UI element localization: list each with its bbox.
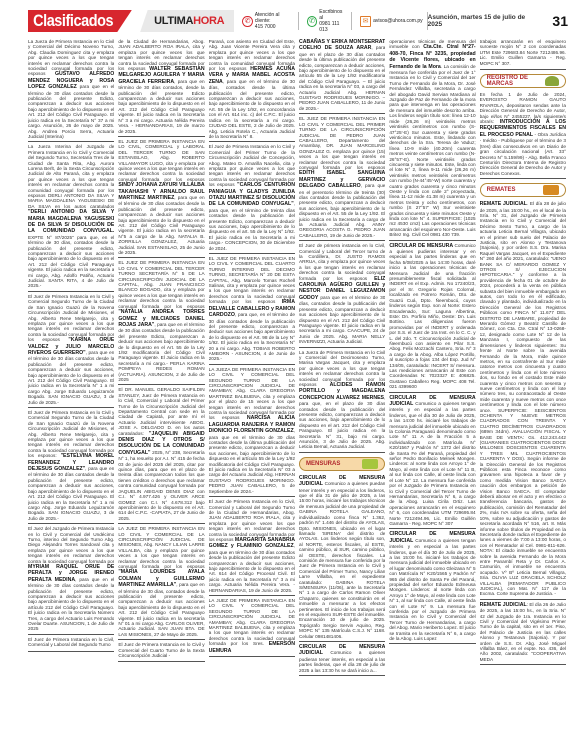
notice-text: , para que, en el término de 30 días con… (209, 312, 295, 361)
notice-highlight: REMATE JUDICIAL (480, 201, 527, 207)
classified-notice: trabajos arrancarán en el esquinero suro… (480, 38, 566, 70)
classified-notice: EL JUEZ DE PRIMERA INSTANCIA EN LO CIVIL… (118, 259, 204, 385)
notice-text: , para que en término de 30 días contado… (209, 543, 295, 592)
section-header-mensuras: MENSURAS (299, 457, 385, 471)
notice-highlight: REMATE JUDICIAL (480, 602, 527, 608)
notice-text: El Juez del Juzgado de Primera Instancia… (28, 526, 114, 563)
classified-notice: La Jueza de Primera Instancia en lo Civi… (28, 38, 114, 142)
notice-highlight: "DERLI ANTONIO DA SILVA Y MARIA MAGDALEN… (28, 209, 114, 234)
newspaper-logo: ULTIMAHORA (140, 10, 234, 32)
notice-text: . La comisión de mensura fue conferida p… (389, 64, 475, 238)
column-5: operaciones técnicas de mensura del inmu… (389, 38, 475, 750)
notice-text: , para que en el plazo de 30 días contad… (299, 45, 385, 110)
notice-text: , para que en el término de 30 días, con… (209, 79, 295, 139)
contact-email[interactable]: ✉ avisos@uhora.com.py (360, 12, 428, 30)
notice-text: El DR. MANUEL GERALDO SAIFILDIN STANLEY,… (118, 387, 204, 435)
section-title: Clasificados (28, 10, 132, 32)
classified-notice: El Juez de Primera Instancia en lo Civil… (28, 636, 114, 652)
classified-notice: El Juez de primera instancia en lo Civil… (299, 242, 385, 347)
notice-text: para que en el término de 30 días contad… (28, 84, 114, 139)
notice-text: EL JUEZ DE PRIMERA INSTANCIA EN LO CIVIL… (209, 256, 295, 304)
notice-text: El Juez de Primera Instancia en lo Civil… (209, 144, 295, 187)
classified-notice: Paraná, con asiento en Ciudad del Este, … (209, 38, 295, 142)
column-1: La Jueza de Primera Instancia en lo Civi… (28, 38, 114, 750)
notice-text: , para que, en el término de treinta día… (209, 201, 295, 250)
notice-text: , para que en el término de 30 días cont… (28, 350, 114, 405)
classified-notice: El Juez del Juzgado de Primera Instancia… (28, 525, 114, 635)
notice-text: trabajos arrancarán en el esquinero suro… (480, 39, 566, 66)
classified-notice: EL JUEZ DE PRIMERA INSTANCIA EN LO CIVIL… (299, 115, 385, 241)
notice-text: El Juez de Primera Instancia en lo Civil… (118, 642, 204, 658)
classified-notice: REMATE JUDICIAL. El día 28 de julio de 2… (480, 200, 566, 600)
classified-notice: La Jueza de Primera Instancia en lo Civi… (299, 349, 385, 453)
classified-notice: El Juez de Primera Instancia en lo Civil… (28, 409, 114, 524)
notice-text: El Juez de Primera Instancia en lo Civil… (28, 637, 114, 647)
page-header: Clasificados ULTIMAHORA ✆ Atención al cl… (28, 8, 568, 34)
classified-notice: CIRCULAR DE MENSURA JUDICIAL Comunico a … (389, 530, 475, 644)
classified-notice: El Juez de Primera Instancia en lo Civil… (209, 143, 295, 254)
classified-notice: El DR. MANUEL GERALDO SAIFILDIN STANLEY,… (118, 386, 204, 524)
logo-part-a: ULTIMA (154, 15, 193, 27)
notice-text: , para que en término de 30 días contado… (118, 79, 204, 134)
section-label: MENSURAS (306, 461, 340, 467)
mail-icon: ✉ (360, 16, 371, 27)
notice-text: El Juez de primera instancia en lo Civil… (299, 243, 385, 280)
dateline: Asunción, martes 15 de julio de 2025 (428, 14, 535, 28)
column-6: trabajos arrancarán en el esquinero suro… (480, 38, 566, 750)
section-label: REGISTRO DE MARCAS (487, 75, 546, 87)
notice-text: 2025, N° 238, Secretaría N° 1, ha resuel… (118, 450, 204, 521)
classified-notice: LA JUEZA DE PRIMERA INSTANCIA EN LO CIVI… (209, 366, 295, 497)
notice-text: LA JUEZA DE PRIMERA INSTANCIA EN LO CIVI… (209, 367, 295, 421)
contact-whatsapp-label: Escribinos al (319, 9, 342, 21)
notice-text: LA JUEZ DE PRIMERA INSTANCIA EN LO CIVIL… (209, 598, 295, 646)
classified-notice: CIRCULAR DE MENSURA JUDICIAL Comunico a … (299, 474, 385, 642)
notice-text: , para que en el término de 30 días cont… (28, 577, 114, 632)
page-number: 31 (552, 13, 568, 29)
contact-phone: ✆ Atención al cliente:415 7000 (242, 12, 299, 30)
notice-text: - Obra Jurídica - Inédito - Publíquese p… (480, 132, 566, 176)
notice-text: para que en el término de 30 días, conta… (299, 295, 385, 344)
contact-email-value[interactable]: avisos@uhora.com.py (373, 18, 423, 24)
classified-notice: EL JUEZ DE PRIMERA INSTANCIA EN LO CIVIL… (209, 255, 295, 365)
notice-text: EL JUEZ DE PRIMERA INSTANCIA EN LO CIVIL… (118, 260, 204, 308)
classified-notice: LA JUEZ DE PRIMERA INSTANCIA EN LO CIVIL… (209, 597, 295, 657)
contact-whatsapp-value: 0981 111 013 (319, 21, 339, 33)
classified-notice: CABAÑAS Y ERIKA MONTSERRAT COELHO DE SOU… (299, 38, 385, 114)
classifieds-columns: La Jueza de Primera Instancia en lo Civi… (28, 38, 566, 750)
notice-text: Comunico a quienes pudieras interesar y … (389, 243, 475, 390)
notice-text: , para que en el término de 30 días cont… (118, 195, 204, 255)
notice-highlight: CIRCULAR DE MENSURA (389, 243, 453, 249)
notice-text: El Juez de Primera Instancia en lo Civil… (28, 294, 114, 342)
logo-part-b: HORA (193, 15, 224, 27)
registro-icon (545, 76, 559, 86)
section-header-remates: REMATES (480, 183, 566, 197)
notice-text: El Juez de Primera Instancia en lo Civil… (209, 499, 295, 542)
classified-notice: El Juez de Primera Instancia en lo Civil… (118, 641, 204, 662)
notice-text: , para que en el término de 30 días, con… (118, 582, 204, 637)
notice-text: EXPTE N° 87/2025" para que, en el términ… (28, 235, 114, 289)
notice-text: , para que en el término de 30 días cont… (209, 428, 295, 493)
notice-text: La Jueza Interina del Juzgado de Primera… (28, 144, 114, 208)
classified-notice: CIRCULAR DE MENSURA JUDICIAL Comunico a … (389, 394, 475, 530)
notice-text: Comunico a quienes tengan interés y en e… (389, 538, 475, 641)
classified-notice: de la Ciudad de Hernandarias, Abog. JUAN… (118, 38, 204, 137)
notice-text: Comunico a quienes tengan interés y en e… (389, 401, 475, 526)
column-4: CABAÑAS Y ERIKA MONTSERRAT COELHO DE SOU… (299, 38, 385, 750)
classified-notice: En fecha 1 de Julio de 2024, EVERGISTO R… (480, 91, 566, 179)
notice-text: , para que en el perentorio término de t… (299, 183, 385, 238)
remates-icon (543, 185, 559, 195)
classified-notice: CIRCULAR DE MENSURA JUDICIAL Comunico a … (299, 643, 385, 676)
notice-text: . El día 28 de julio de 2025, a las 15:0… (480, 201, 566, 596)
column-2: de la Ciudad de Hernandarias, Abog. JUAN… (118, 38, 204, 750)
notice-text: EL JUEZ DE PRIMERA INSTANCIA EN LO CIVIL… (299, 116, 385, 170)
notice-text: : El día 26 de Julio de 2025, a las 15:0… (480, 602, 566, 662)
notice-text: EL JUEZ DE PRIMERA INSTANCIA EN LO CIVIL… (118, 139, 204, 182)
classified-notice: El Juez de Primera Instancia en lo Civil… (28, 293, 114, 408)
column-3: Paraná, con asiento en Ciudad del Este, … (209, 38, 295, 750)
classified-notice: operaciones técnicas de mensura del inmu… (389, 38, 475, 241)
whatsapp-icon: ✆ (307, 16, 317, 27)
notice-text: Comunico a quienes puedan tener interés … (299, 481, 385, 638)
contact-whatsapp: ✆ Escribinos al0981 111 013 (307, 12, 352, 30)
classified-notice: CIRCULAR DE MENSURA Comunico a quienes p… (389, 242, 475, 393)
contact-phone-label: Atención al cliente: (255, 12, 280, 24)
classified-notice: LA JUEZ DE PRIMERA INSTANCIA EN LO CIVIL… (118, 525, 204, 640)
notice-text: LA JUEZ DE PRIMERA INSTANCIA EN LO CIVIL… (118, 526, 204, 569)
notice-text: , para que en el término de 30 días cont… (118, 322, 204, 382)
notice-text: , para que en el término de 30 días cont… (28, 466, 114, 521)
notice-text: El Juez de Primera Instancia en lo Civil… (28, 410, 114, 458)
phone-icon: ✆ (242, 16, 252, 27)
contact-phone-value: 415 7000 (255, 24, 276, 30)
mensuras-icon (362, 459, 378, 469)
classified-notice: El Juez de Primera Instancia en lo Civil… (209, 498, 295, 596)
classified-notice: REMATE JUDICIAL: El día 26 de Julio de 2… (480, 601, 566, 665)
classified-notice: EL JUEZ DE PRIMERA INSTANCIA EN LO CIVIL… (118, 138, 204, 259)
section-header-registro: REGISTRO DE MARCAS (480, 74, 566, 88)
classified-notice: La Jueza Interina del Juzgado de Primera… (28, 143, 114, 292)
notice-text: , para que, en el plazo de 30 días conta… (299, 395, 385, 450)
section-label: REMATES (487, 187, 516, 193)
